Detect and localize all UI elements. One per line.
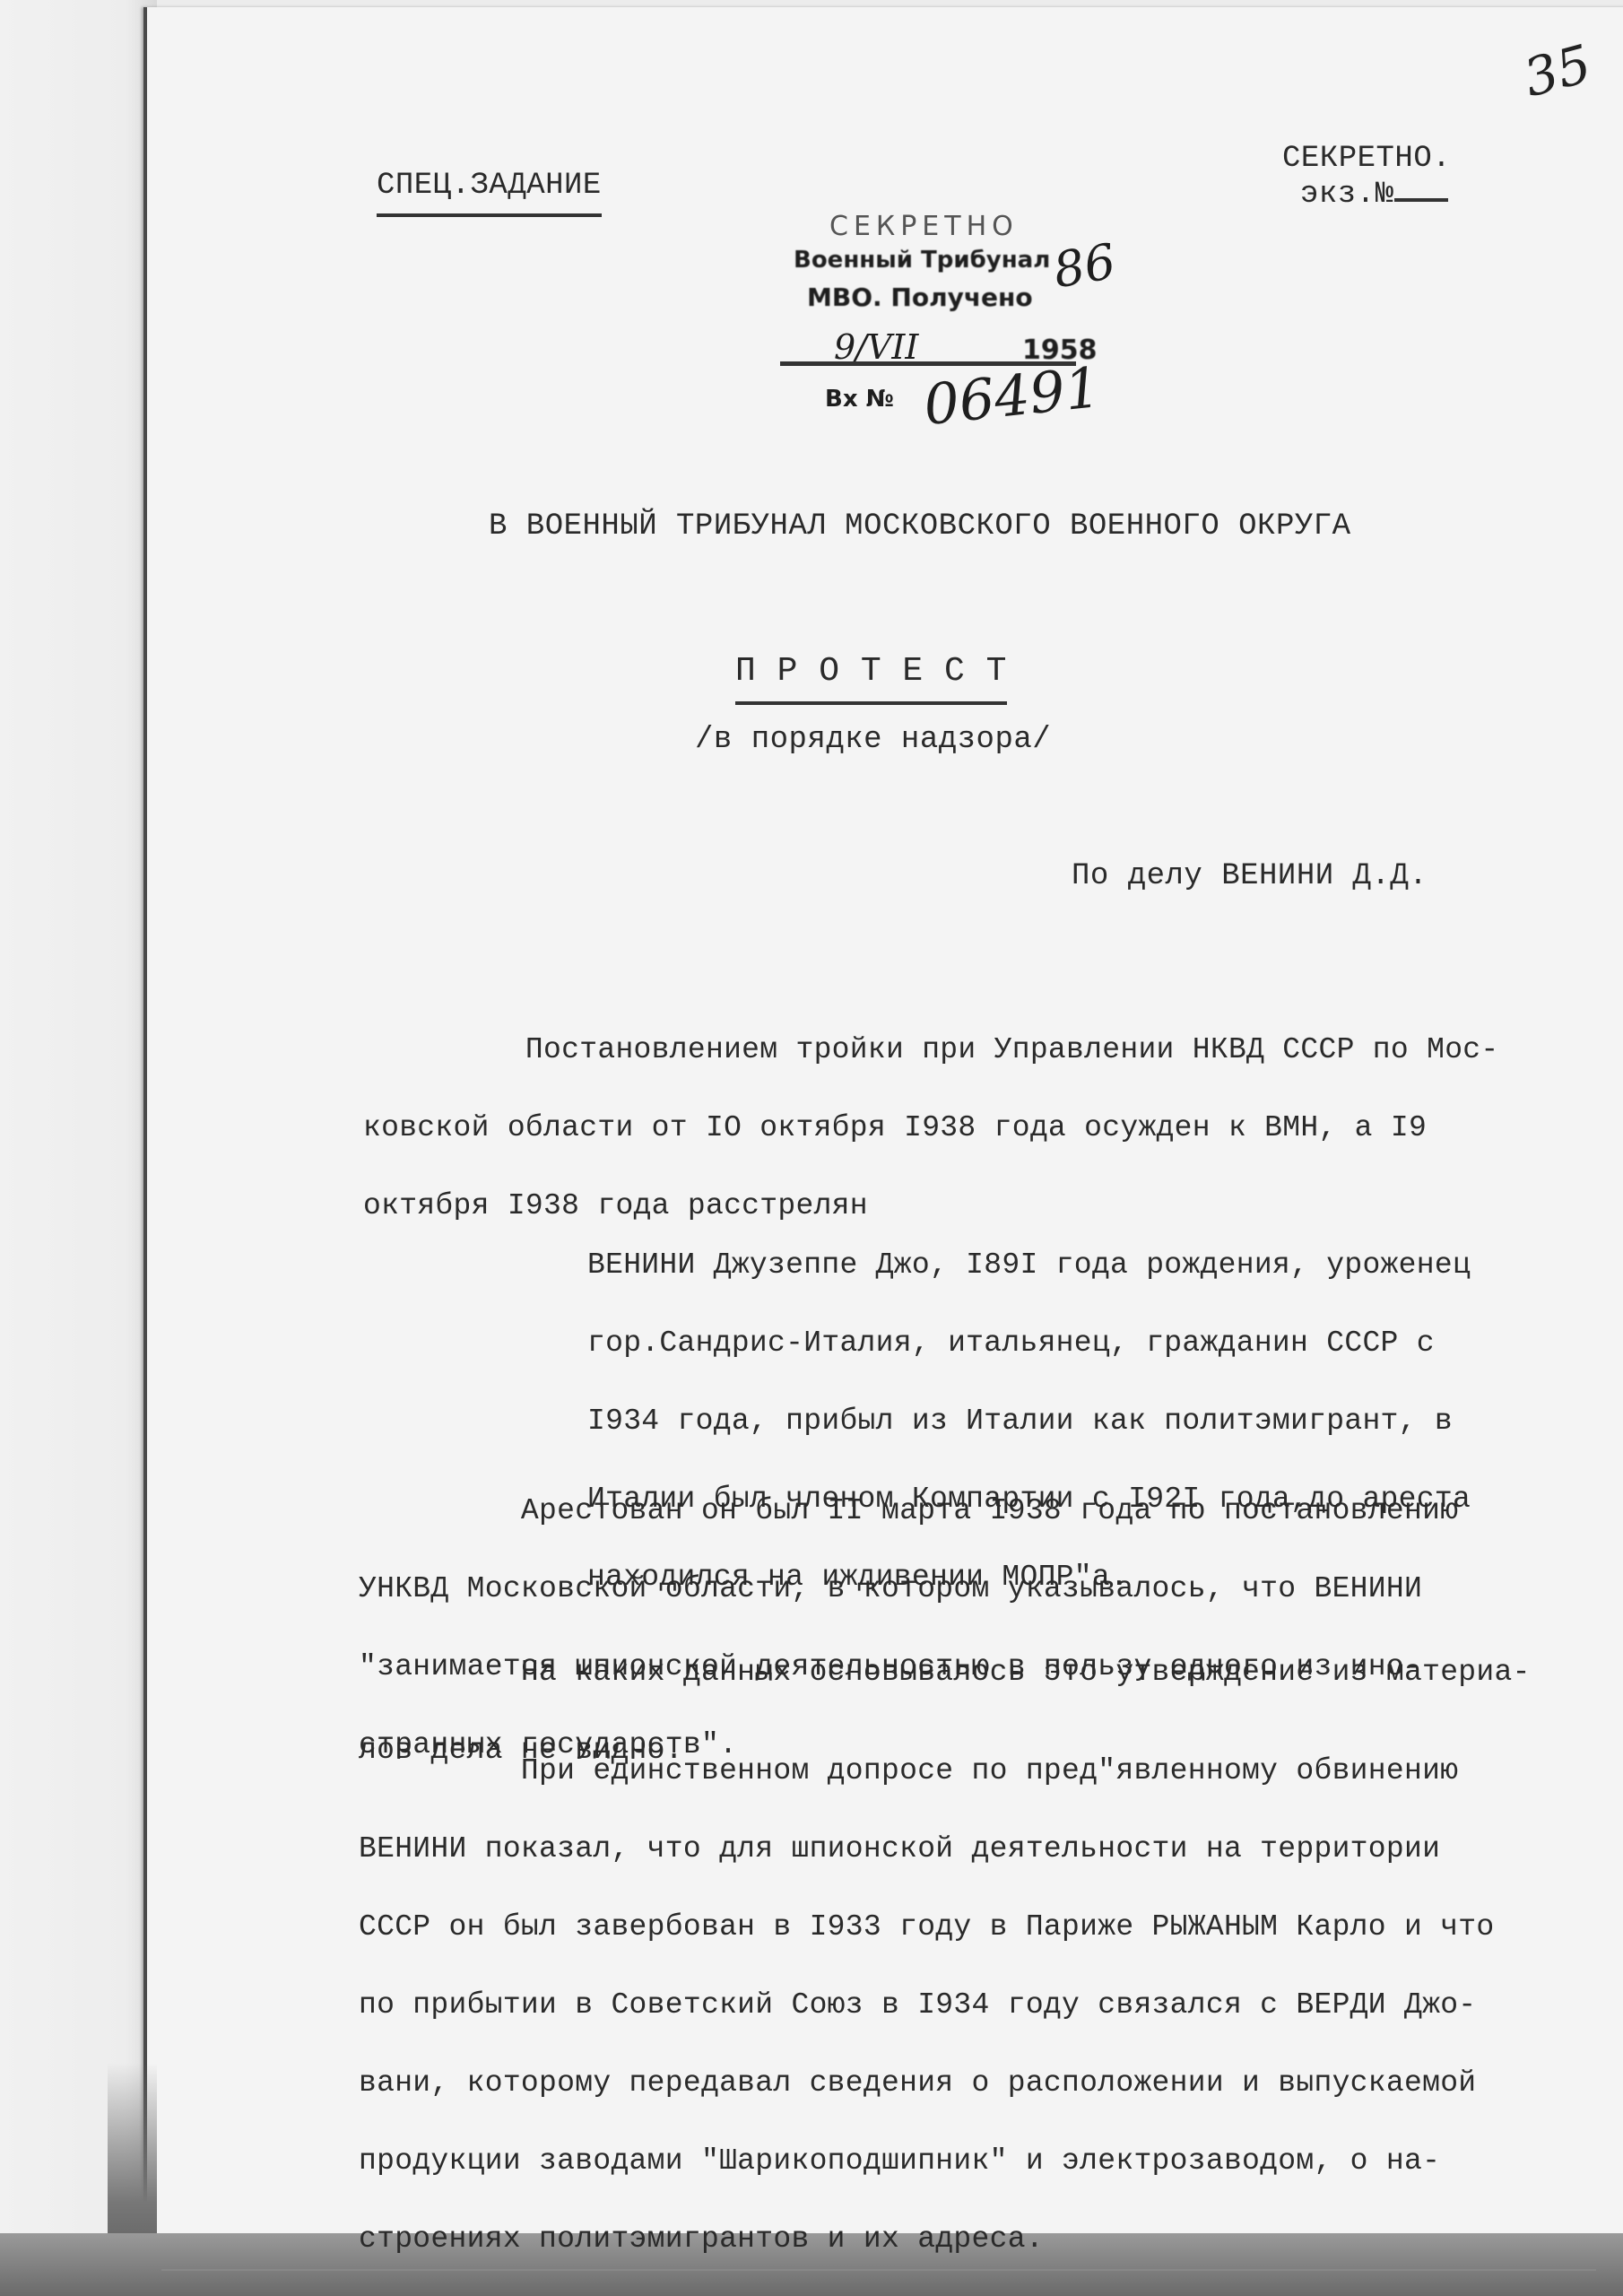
case-reference: По делу ВЕНИНИ Д.Д. <box>1072 861 1428 891</box>
stamp-incoming-label: Вх № <box>825 386 894 413</box>
text-line: продукции заводами "Шарикоподшипник" и э… <box>359 2148 1495 2174</box>
text-line: ВЕНИНИ Джузеппе Джо, I89I года рождения,… <box>587 1252 1471 1278</box>
stamp-tribunal: Военный Трибунал <box>794 247 1050 274</box>
stamp-received: МВО. Получено <box>807 283 1033 312</box>
back-sheet <box>0 0 157 2296</box>
text-line: При единственном допросе по пред"явленно… <box>359 1758 1495 1784</box>
document-subtitle: /в порядке надзора/ <box>695 725 1051 755</box>
header-spec-task: СПЕЦ.ЗАДАНИЕ <box>377 170 602 217</box>
text-line: ВЕНИНИ показал, что для шпионской деятел… <box>359 1836 1495 1862</box>
text-line: I934 года, прибыл из Италии как политэми… <box>587 1408 1471 1434</box>
paragraph-interrogation: При единственном допросе по пред"явленно… <box>359 1706 1495 2278</box>
header-secret: СЕКРЕТНО. <box>1282 143 1451 174</box>
addressee: В ВОЕННЫЙ ТРИБУНАЛ МОСКОВСКОГО ВОЕННОГО … <box>489 511 1351 542</box>
text-line: Арестован он был II марта I938 года по п… <box>359 1498 1458 1524</box>
copy-number-label: экз.№ <box>1300 178 1394 212</box>
text-line: Постановлением тройки при Управлении НКВ… <box>363 1037 1499 1063</box>
registration-stamp: СЕКРЕТНО Военный Трибунал МВО. Получено … <box>780 211 1112 435</box>
text-line: ковской области от IO октября I938 года … <box>363 1115 1499 1141</box>
stamp-handwritten-note: 86 <box>1049 233 1120 300</box>
text-line: УНКВД Московской области, в котором указ… <box>359 1576 1458 1602</box>
text-line: строениях политэмигрантов и их адреса. <box>359 2226 1495 2252</box>
document-title: П Р О Т Е С Т <box>735 655 1007 705</box>
stamp-incoming-number: 06491 <box>921 354 1104 438</box>
text-line: гор.Сандрис-Италия, итальянец, гражданин… <box>587 1330 1471 1356</box>
text-line: вани, которому передавал сведения о расп… <box>359 2070 1495 2096</box>
text-line: СССР он был завербован в I933 году в Пар… <box>359 1914 1495 1940</box>
header-copy-number: экз.№ <box>1300 179 1448 210</box>
text-line: На каких данных основывалось это утвержд… <box>359 1659 1531 1685</box>
text-line: по прибытии в Советский Союз в I934 году… <box>359 1992 1495 2018</box>
stamp-secret: СЕКРЕТНО <box>829 211 1019 242</box>
copy-number-blank <box>1394 198 1448 202</box>
